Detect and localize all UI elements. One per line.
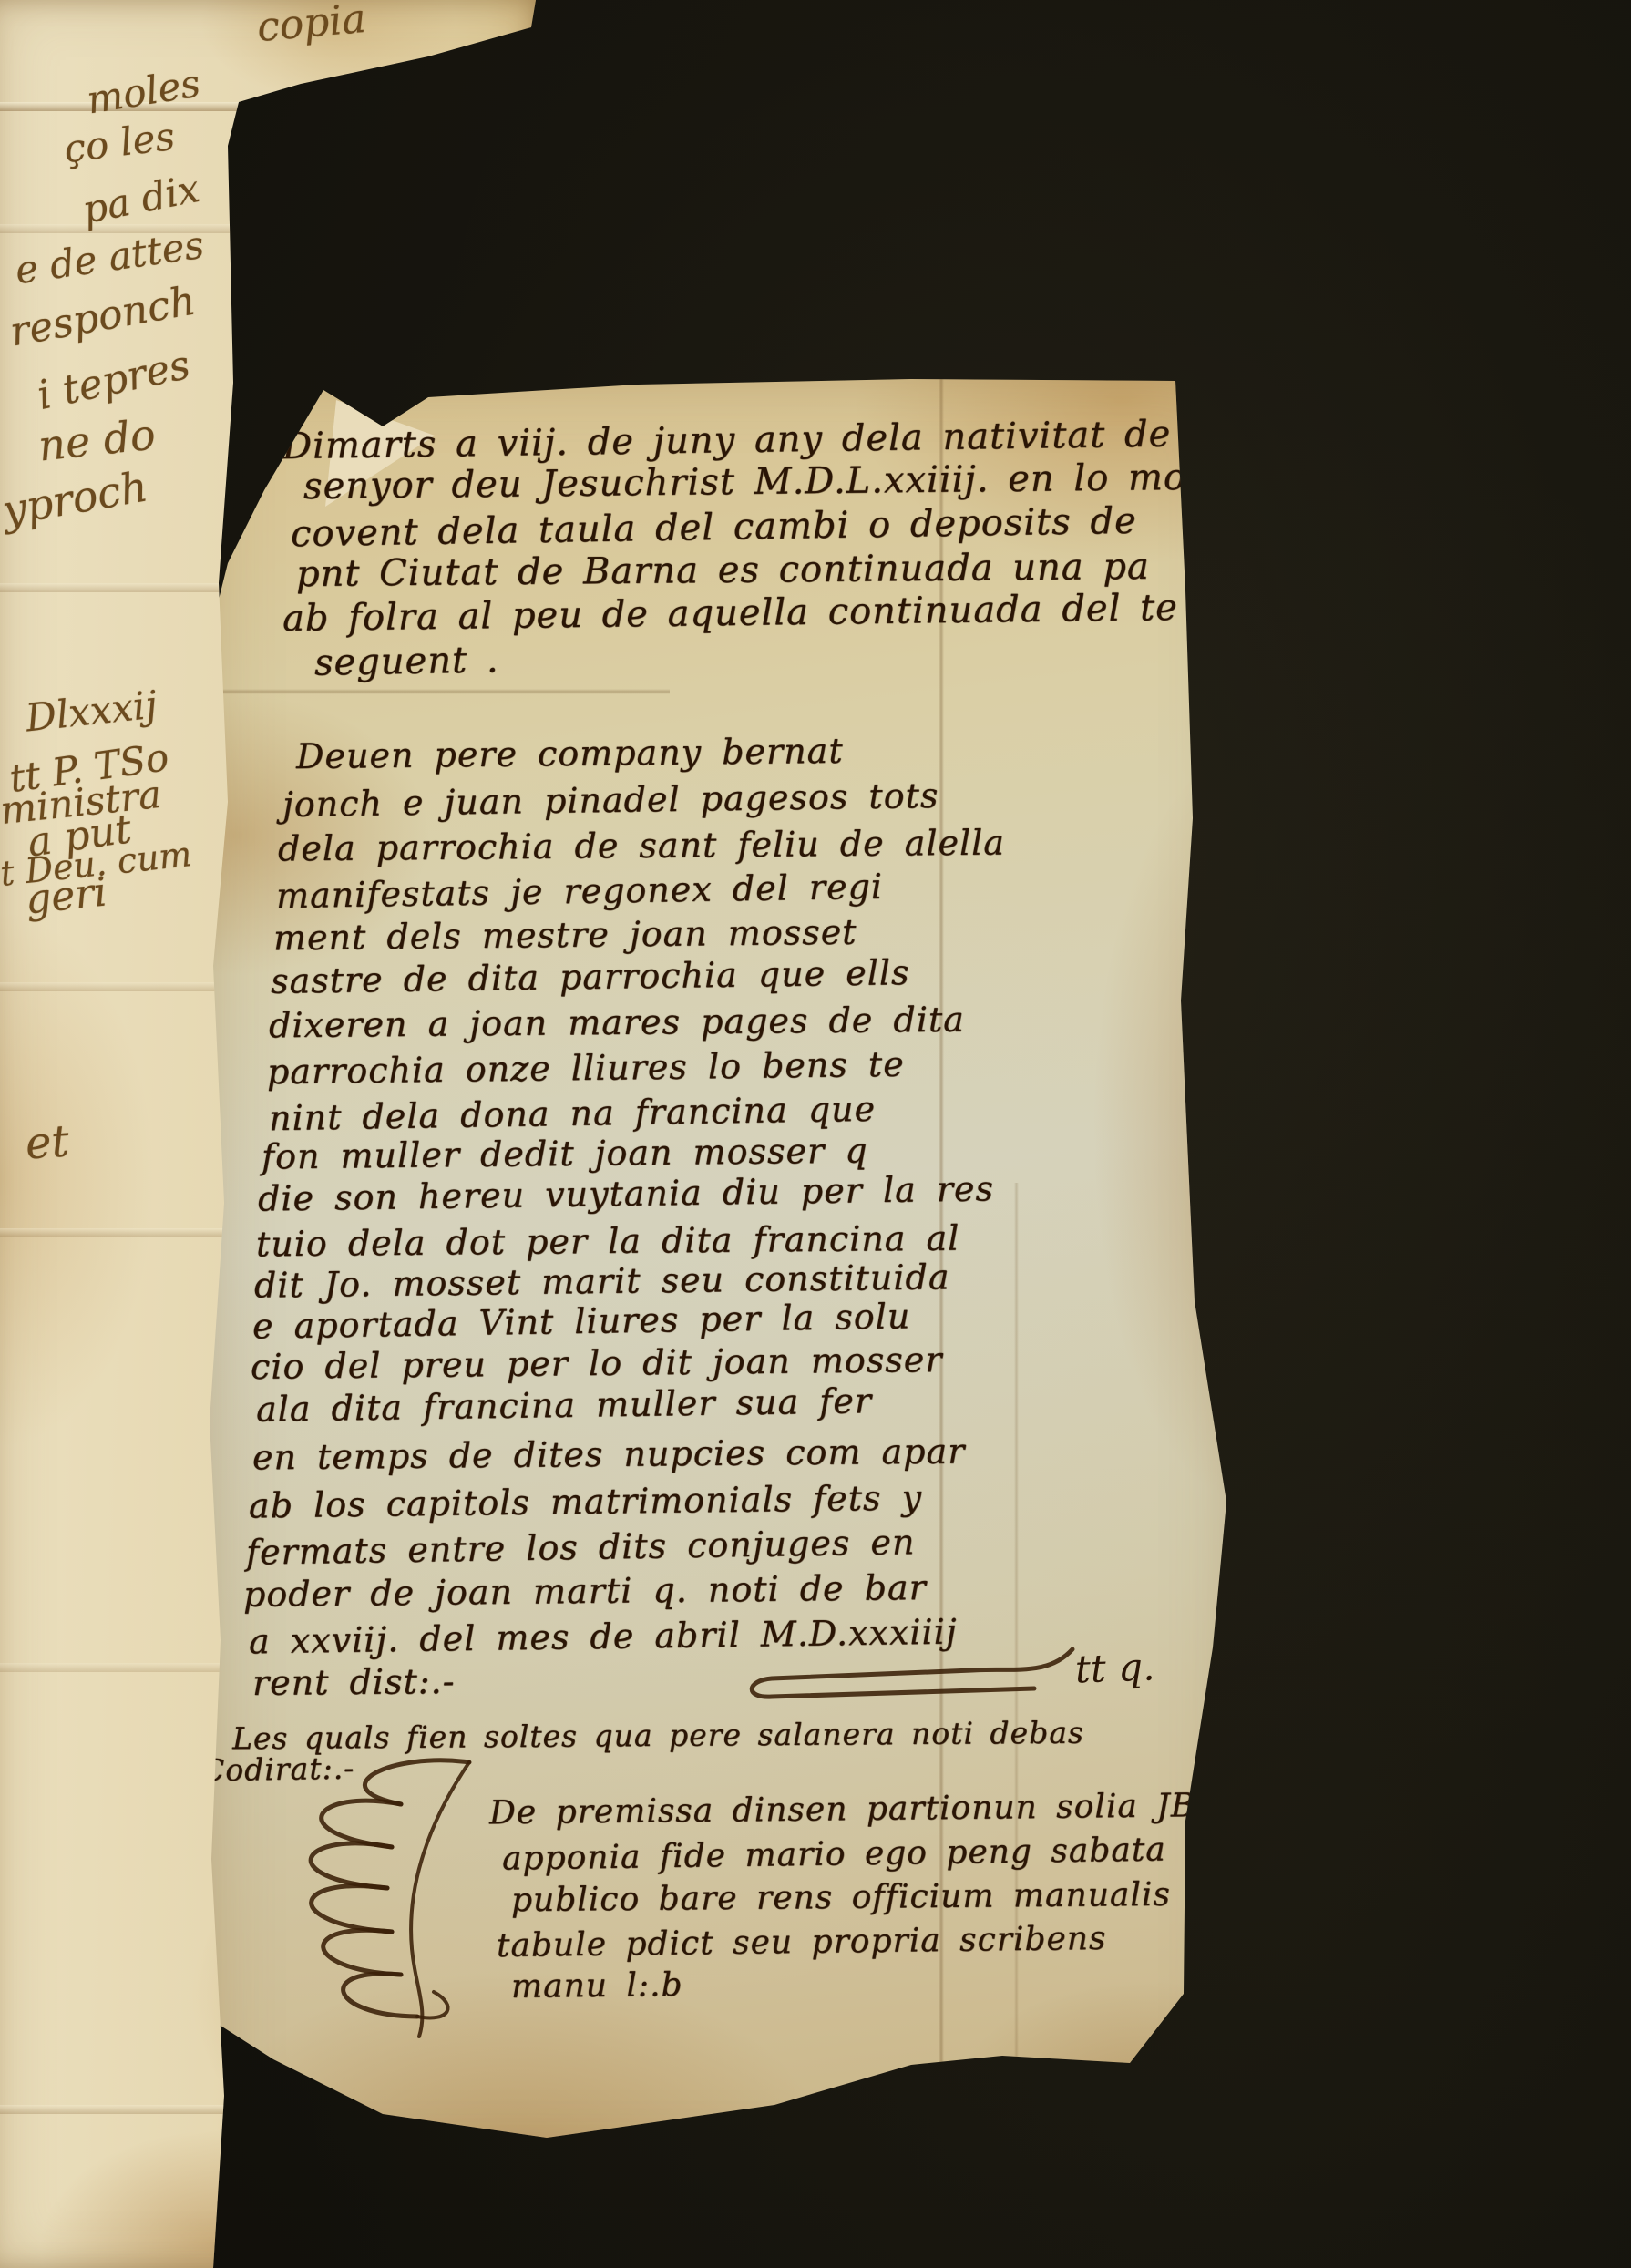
bracket-flourish [733,1640,1080,1706]
manuscript-line: tabule pdict seu propria scribens [497,1920,1107,1965]
strip-text-fragment: et [24,1115,70,1169]
manuscript-line: ala dita francina muller sua fer [256,1380,873,1429]
manuscript-line: ment dels mestre joan mosset [273,912,857,959]
strip-text-fragment: yproch [0,461,151,535]
manuscript-line: ab folra al peu de aquella continuada de… [282,587,1178,640]
manuscript-line: pnt Ciutat de Barna es continuada una pa [296,546,1150,595]
strip-text-fragment: pa dix [79,166,203,232]
manuscript-line: parrochia onze lliures lo bens te [267,1044,905,1093]
strip-text-fragment: copia [255,0,368,51]
manuscript-line: publico bare rens officium manualis [511,1876,1171,1919]
paraph-mark: tt q. [1074,1644,1155,1691]
notary-rubric-flourish [264,1750,492,2050]
manuscript-line: fermats entre los dits conjuges en [246,1522,916,1573]
manuscript-line: dela parrochia de sant feliu de alella [278,823,1005,869]
manuscript-line: cio del preu per lo dit joan mosser [251,1339,943,1387]
strip-text-fragment: i tepres [34,342,195,419]
manuscript-line: Deuen pere company bernat [296,731,844,776]
manuscript-line: senyor deu Jesuchrist M.D.L.xxiiij. en l… [303,457,1186,508]
manuscript-line: poder de joan marti q. noti de bar [243,1567,927,1615]
manuscript-line: sastre de dita parrochia que ells [271,952,910,1001]
manuscript-line: en temps de dites nupcies com apar [252,1432,966,1478]
horizontal-crease [196,689,670,694]
strip-text-fragment: Dlxxxij [24,682,159,741]
manuscript-line: De premissa dinsen partionun solia JBied [489,1787,1249,1832]
manuscript-line: jonch e juan pinadel pagesos tots [282,775,939,825]
strip-text-fragment: geri [24,868,109,923]
manuscript-line: seguent . [314,639,499,684]
manuscript-photo: Dimarts a viij. de juny any dela nativit… [0,0,1631,2268]
manuscript-page: Dimarts a viij. de juny any dela nativit… [196,363,1248,2181]
manuscript-line: manifestats je regonex del regi [276,867,884,916]
manuscript-line: fon muller dedit joan mosser q [262,1131,868,1177]
manuscript-line: ab los capitols matrimonials fets y [249,1477,923,1525]
strip-text-fragment: moles [84,61,203,123]
manuscript-line: manu l:.b [511,1966,683,2006]
manuscript-line: die son hereu vuytania diu per la res [258,1168,995,1218]
strip-text-fragment: ço les [61,114,177,172]
manuscript-line: rent dist:.- [252,1661,456,1703]
manuscript-line: dixeren a joan mares pages de dita [269,1000,965,1046]
manuscript-line: apponia fide mario ego peng sabata not [502,1830,1242,1877]
